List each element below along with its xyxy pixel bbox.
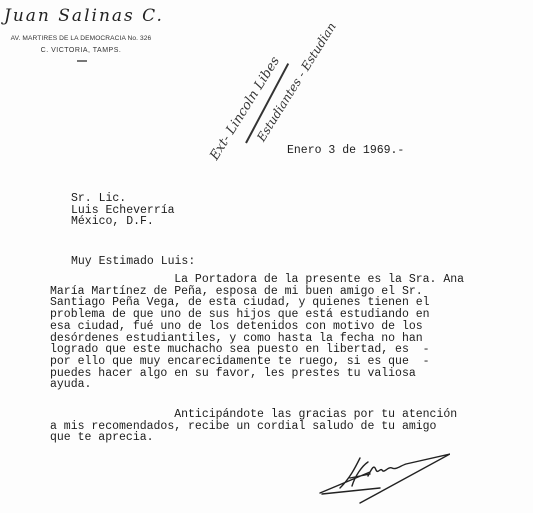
recipient-block: Sr. Lic.Luis EcheverríaMéxico, D.F.	[71, 193, 175, 228]
recipient-title: Sr. Lic.	[71, 193, 175, 205]
letterhead-address: AV. MARTIRES DE LA DEMOCRACIA No. 326	[2, 35, 160, 42]
letter-date: Enero 3 de 1969.-	[287, 144, 404, 157]
body-line: Anticipándote las gracias por tu atenció…	[50, 409, 457, 421]
letterhead-name: Juan Salinas C.	[4, 6, 164, 26]
body-paragraph-2: Anticipándote las gracias por tu atenció…	[50, 409, 457, 444]
letter-page: Juan Salinas C. AV. MARTIRES DE LA DEMOC…	[0, 0, 533, 513]
body-line: La Portadora de la presente es la Sra. A…	[50, 274, 464, 286]
body-line: ayuda.	[50, 379, 464, 391]
body-paragraph-1: La Portadora de la presente es la Sra. A…	[50, 274, 464, 391]
salutation: Muy Estimado Luis:	[71, 255, 195, 268]
recipient-location: México, D.F.	[71, 216, 175, 228]
body-line: que te aprecia.	[50, 432, 457, 444]
body-line: puedes hacer algo en su favor, les prest…	[50, 368, 464, 380]
body-line: esa ciudad, fué uno de los detenidos con…	[50, 321, 464, 333]
body-line: por ello que muy encarecidamente te rueg…	[50, 356, 464, 368]
signature-icon	[310, 448, 450, 508]
letterhead-rule	[77, 60, 87, 62]
letterhead-city: C. VICTORIA, TAMPS.	[2, 47, 160, 54]
